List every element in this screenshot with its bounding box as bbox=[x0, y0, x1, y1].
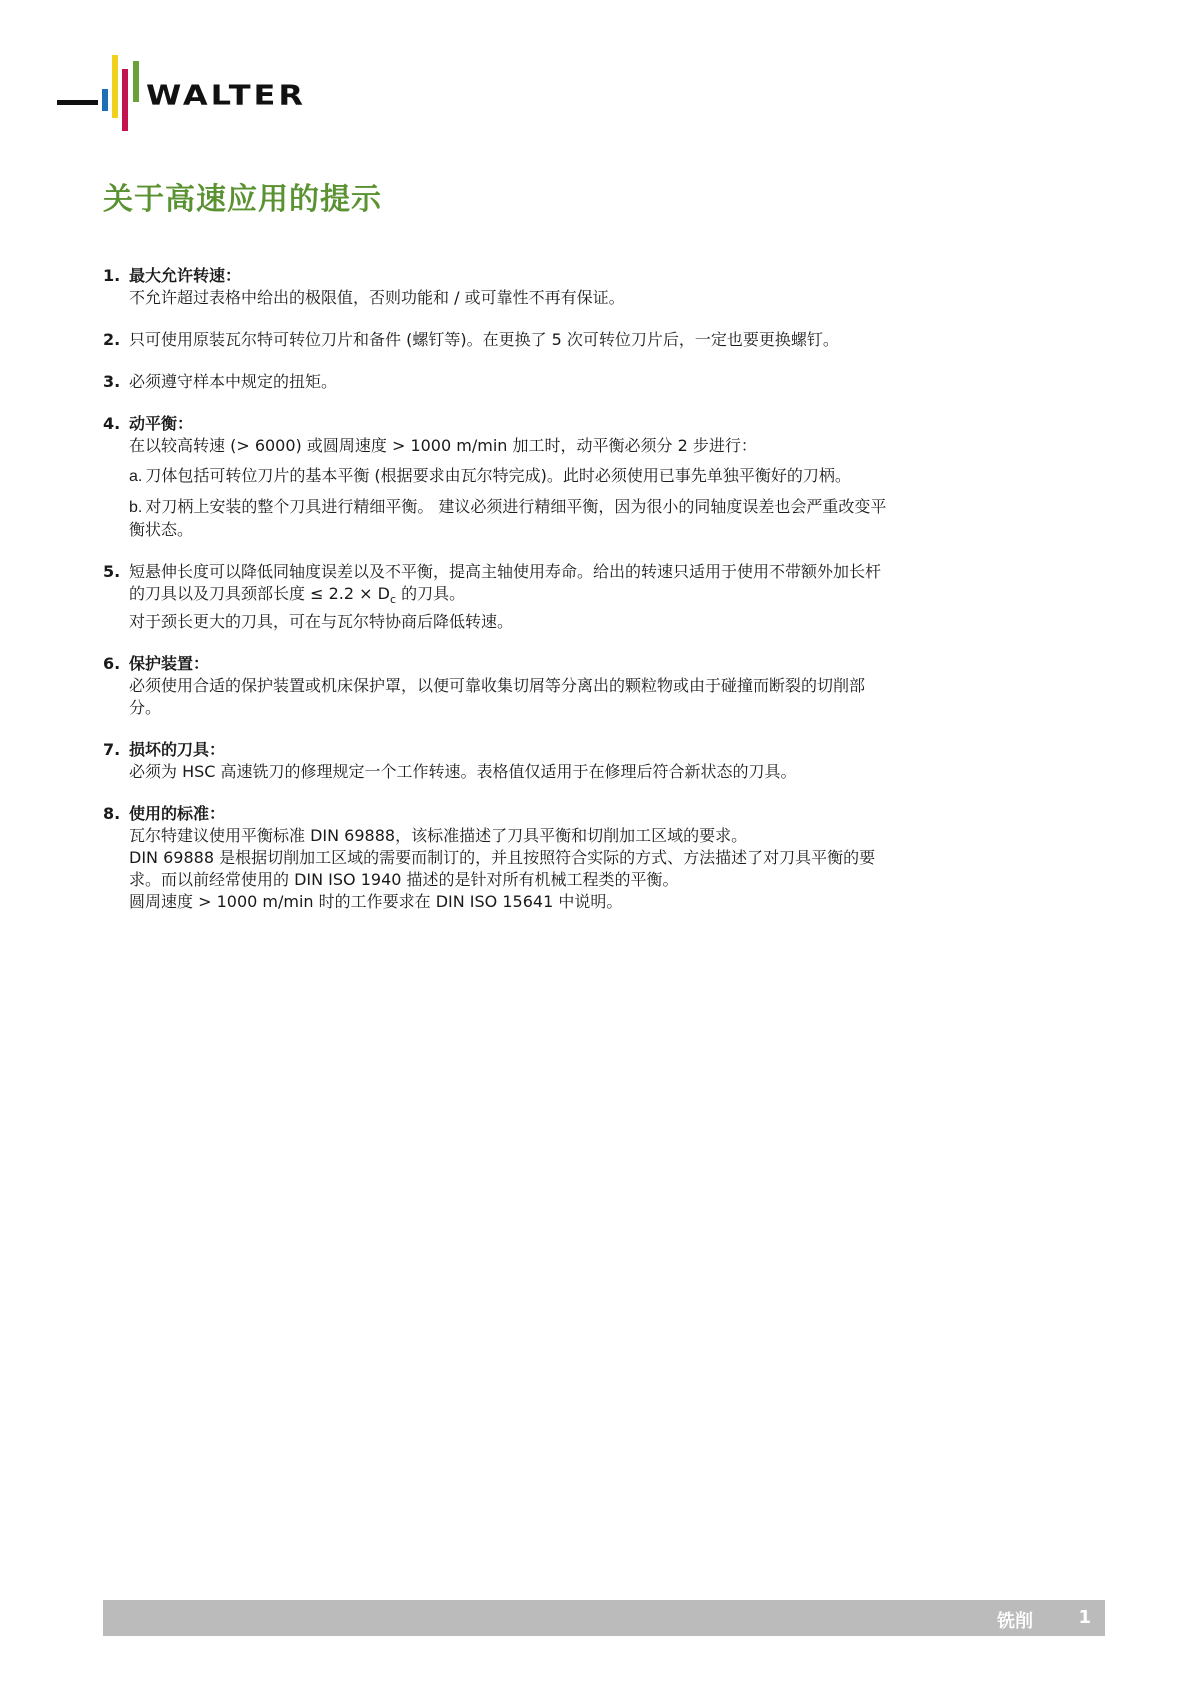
item-heading: 保护装置： bbox=[129, 653, 893, 675]
tip-item-3: 3. 必须遵守样本中规定的扭矩。 bbox=[103, 371, 893, 393]
item-heading: 使用的标准： bbox=[129, 803, 893, 825]
footer-section-label: 铣削 bbox=[997, 1607, 1033, 1633]
item-text: 必须为 HSC 高速铣刀的修理规定一个工作转速。表格值仅适用于在修理后符合新状态… bbox=[129, 761, 893, 783]
item-heading: 损坏的刀具： bbox=[129, 739, 893, 761]
walter-logo: WALTER bbox=[0, 0, 400, 150]
item-text: DIN 69888 是根据切削加工区域的需要而制订的，并且按照符合实际的方式、方… bbox=[129, 847, 893, 891]
item-number: 2. bbox=[103, 329, 120, 351]
sub-text: 对刀柄上安装的整个刀具进行精细平衡。 建议必须进行精细平衡，因为很小的同轴度误差… bbox=[129, 497, 886, 539]
footer-bar: 铣削 1 bbox=[103, 1600, 1105, 1636]
item-number: 6. bbox=[103, 653, 120, 675]
item-text: 在以较高转速 (> 6000) 或圆周速度 > 1000 m/min 加工时，动… bbox=[129, 435, 893, 457]
item-text: 只可使用原装瓦尔特可转位刀片和备件 (螺钉等)。在更换了 5 次可转位刀片后，一… bbox=[129, 329, 893, 351]
tip-item-1: 1. 最大允许转速： 不允许超过表格中给出的极限值，否则功能和 / 或可靠性不再… bbox=[103, 265, 893, 309]
logo-blue-bar bbox=[102, 89, 108, 111]
item-number: 7. bbox=[103, 739, 120, 761]
item-text-tail: 的刀具。 bbox=[396, 584, 465, 603]
item-text: 必须使用合适的保护装置或机床保护罩，以便可靠收集切屑等分离出的颗粒物或由于碰撞而… bbox=[129, 675, 893, 719]
item-text-main: 短悬伸长度可以降低同轴度误差以及不平衡，提高主轴使用寿命。给出的转速只适用于使用… bbox=[129, 562, 881, 603]
sub-letter: a. bbox=[129, 468, 142, 485]
logo-green-bar bbox=[133, 61, 139, 102]
item-number: 4. bbox=[103, 413, 120, 435]
tip-item-6: 6. 保护装置： 必须使用合适的保护装置或机床保护罩，以便可靠收集切屑等分离出的… bbox=[103, 653, 893, 719]
logo-wordmark: WALTER bbox=[146, 80, 306, 111]
sub-item-a: a.刀体包括可转位刀片的基本平衡 (根据要求由瓦尔特完成)。此时必须使用已事先单… bbox=[129, 465, 893, 488]
tip-item-8: 8. 使用的标准： 瓦尔特建议使用平衡标准 DIN 69888，该标准描述了刀具… bbox=[103, 803, 893, 913]
item-text: 不允许超过表格中给出的极限值，否则功能和 / 或可靠性不再有保证。 bbox=[129, 287, 893, 309]
item-heading: 最大允许转速： bbox=[129, 265, 893, 287]
sub-item-b: b.对刀柄上安装的整个刀具进行精细平衡。 建议必须进行精细平衡，因为很小的同轴度… bbox=[129, 496, 893, 541]
item-text: 对于颈长更大的刀具，可在与瓦尔特协商后降低转速。 bbox=[129, 611, 893, 633]
item-number: 3. bbox=[103, 371, 120, 393]
item-text: 短悬伸长度可以降低同轴度误差以及不平衡，提高主轴使用寿命。给出的转速只适用于使用… bbox=[129, 561, 893, 611]
sub-letter: b. bbox=[129, 499, 142, 516]
page-number: 1 bbox=[1078, 1607, 1091, 1628]
item-number: 1. bbox=[103, 265, 120, 287]
item-number: 8. bbox=[103, 803, 120, 825]
item-text: 瓦尔特建议使用平衡标准 DIN 69888，该标准描述了刀具平衡和切削加工区域的… bbox=[129, 825, 893, 847]
tip-item-7: 7. 损坏的刀具： 必须为 HSC 高速铣刀的修理规定一个工作转速。表格值仅适用… bbox=[103, 739, 893, 783]
item-text: 圆周速度 > 1000 m/min 时的工作要求在 DIN ISO 15641 … bbox=[129, 891, 893, 913]
logo-black-line bbox=[57, 100, 98, 105]
page-title: 关于高速应用的提示 bbox=[103, 174, 382, 218]
sub-text: 刀体包括可转位刀片的基本平衡 (根据要求由瓦尔特完成)。此时必须使用已事先单独平… bbox=[145, 466, 851, 485]
item-heading: 动平衡： bbox=[129, 413, 893, 435]
tip-item-2: 2. 只可使用原装瓦尔特可转位刀片和备件 (螺钉等)。在更换了 5 次可转位刀片… bbox=[103, 329, 893, 351]
item-number: 5. bbox=[103, 561, 120, 583]
tip-item-5: 5. 短悬伸长度可以降低同轴度误差以及不平衡，提高主轴使用寿命。给出的转速只适用… bbox=[103, 561, 893, 633]
logo-yellow-bar bbox=[112, 55, 118, 118]
tip-item-4: 4. 动平衡： 在以较高转速 (> 6000) 或圆周速度 > 1000 m/m… bbox=[103, 413, 893, 541]
item-text: 必须遵守样本中规定的扭矩。 bbox=[129, 371, 893, 393]
logo-magenta-bar bbox=[122, 69, 128, 131]
tips-list: 1. 最大允许转速： 不允许超过表格中给出的极限值，否则功能和 / 或可靠性不再… bbox=[103, 265, 893, 933]
